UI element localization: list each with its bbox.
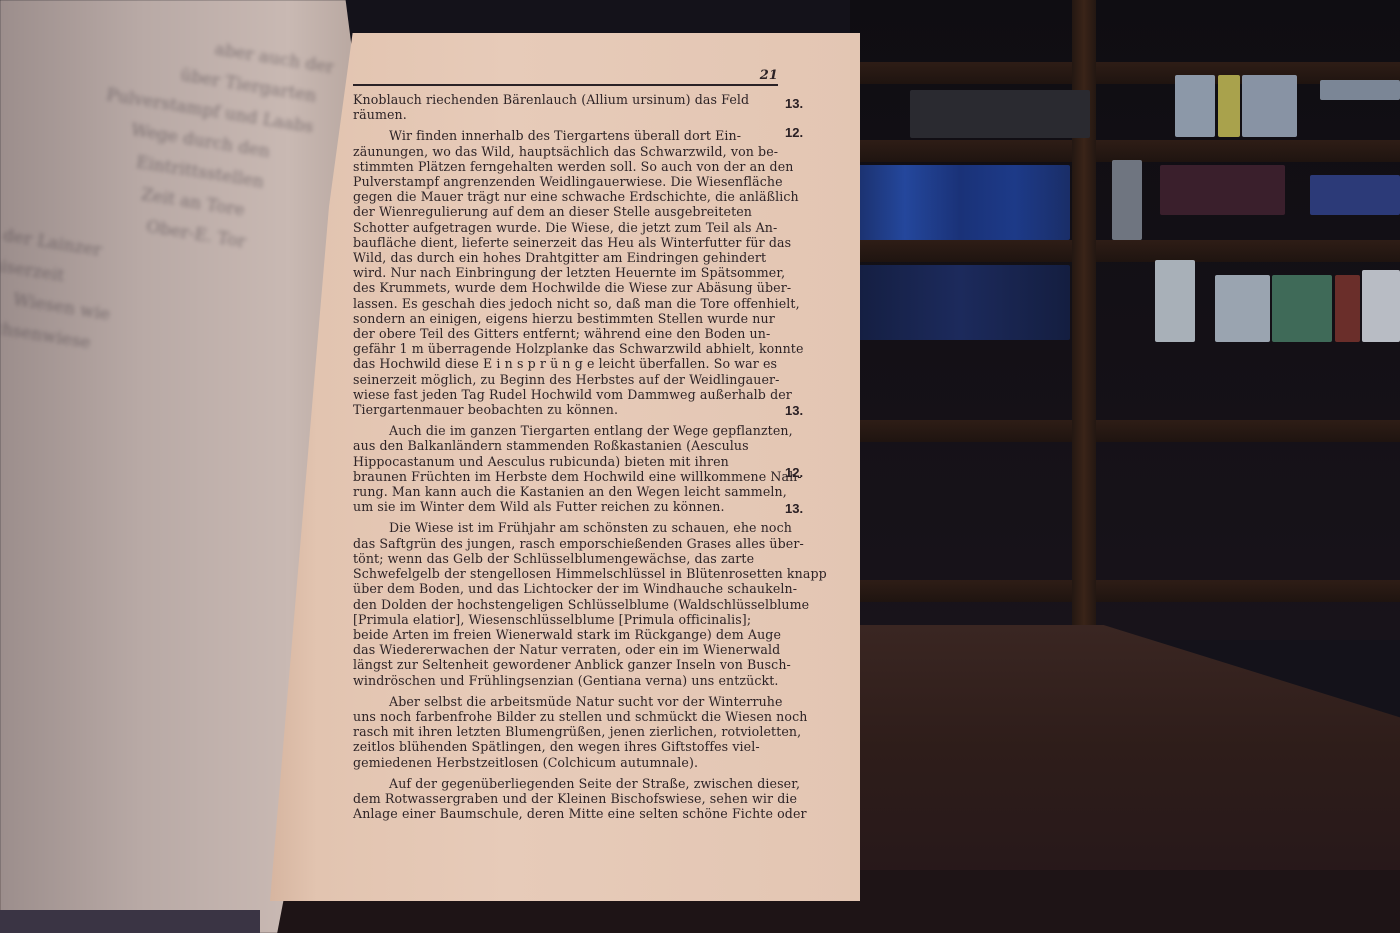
page-number: 21 [760,68,778,83]
book-spine [1155,260,1195,342]
book-spine [910,90,1090,138]
margin-note: 13. [785,403,803,418]
bookshelf-background [850,0,1400,640]
paragraph: Wir finden innerhalb des Tiergartens übe… [353,128,778,417]
margin-note: 12. [785,465,803,480]
book-spine [850,165,1070,240]
paragraph: Auch die im ganzen Tiergarten entlang de… [353,423,778,514]
paragraph: Auf der gegenüberliegenden Seite der Str… [353,776,778,822]
book-spine [1320,80,1400,100]
book-spine [1218,75,1240,137]
book-spine [1362,270,1400,342]
shelf-board [850,580,1400,602]
page-header: 21 [353,64,778,86]
page-content: 21 Knoblauch riechenden Bärenlauch (Alli… [353,64,778,821]
margin-note: 12. [785,125,803,140]
shelf-board [850,420,1400,442]
margin-note: 13. [785,96,803,111]
paragraph: Die Wiese ist im Frühjahr am schönsten z… [353,520,778,687]
shelf-board [850,240,1400,262]
book-spine [1242,75,1297,137]
book-spine [1175,75,1215,137]
margin-note: 13. [785,501,803,516]
shelf-board [850,62,1400,84]
book-spine [850,265,1070,340]
book-spine [1160,165,1285,215]
book-spine [1112,160,1142,240]
book-spine [1215,275,1270,342]
book-spine [1310,175,1400,215]
paragraph: Aber selbst die arbeitsmüde Natur sucht … [353,694,778,770]
book-spine [1272,275,1332,342]
shelf-board [850,140,1400,162]
book-spine [1335,275,1360,342]
book-cover-edge [0,910,260,933]
paragraph: Knoblauch riechenden Bärenlauch (Allium … [353,92,778,122]
